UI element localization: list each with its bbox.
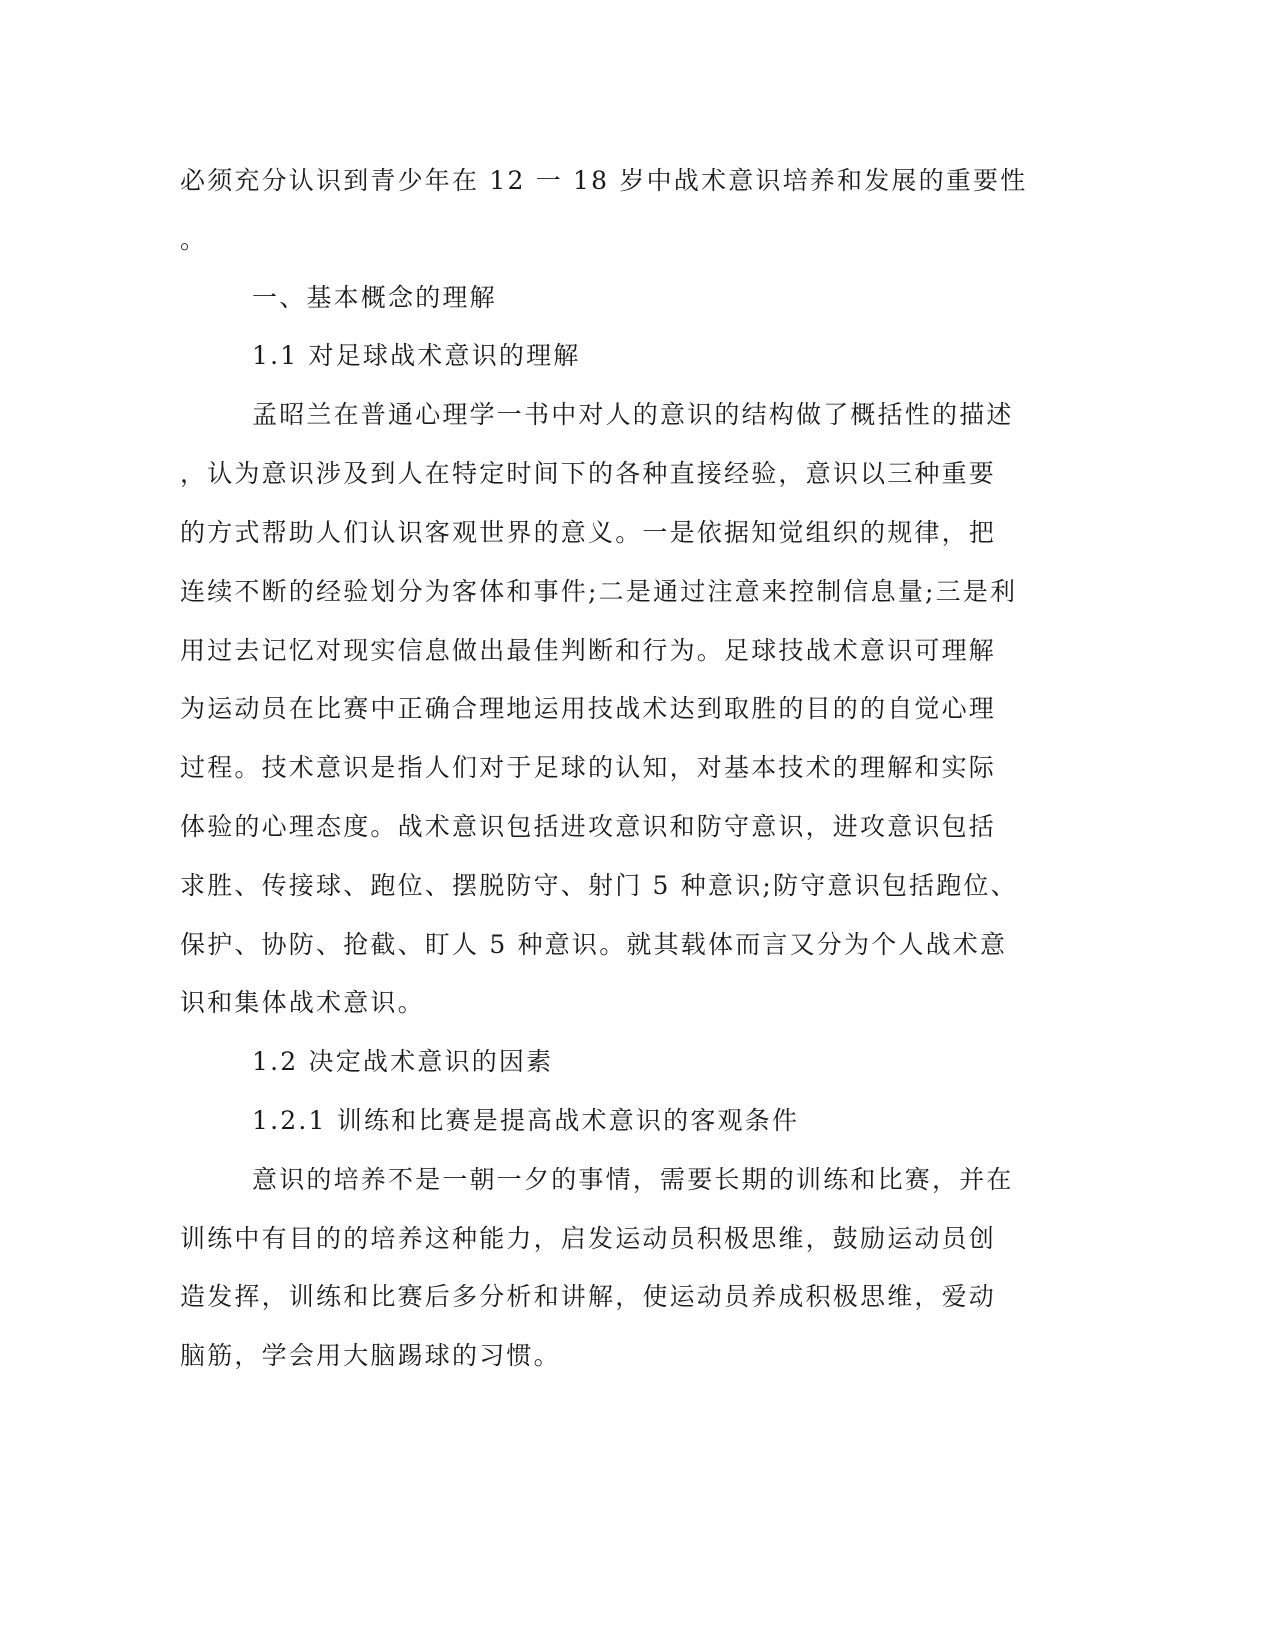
document-page: 必须充分认识到青少年在 12 一 18 岁中战术意识培养和发展的重要性 。 一、… <box>0 0 1275 1650</box>
subsection-heading: 1.2 决定战术意识的因素 <box>252 1047 553 1077</box>
paragraph-line: 。 <box>180 225 207 255</box>
subsection-heading: 1.1 对足球战术意识的理解 <box>252 341 581 371</box>
paragraph-line: 的方式帮助人们认识客观世界的意义。一是依据知觉组织的规律，把 <box>180 518 996 548</box>
paragraph-line: 识和集体战术意识。 <box>180 988 425 1018</box>
paragraph-line: 用过去记忆对现实信息做出最佳判断和行为。足球技战术意识可理解 <box>180 636 996 666</box>
paragraph-line: 意识的培养不是一朝一夕的事情，需要长期的训练和比赛，并在 <box>252 1165 1014 1195</box>
paragraph-line: 保护、协防、抢截、盯人 5 种意识。就其载体而言又分为个人战术意 <box>180 930 1007 960</box>
subsubsection-heading: 1.2.1 训练和比赛是提高战术意识的客观条件 <box>252 1106 799 1136</box>
section-heading: 一、基本概念的理解 <box>252 283 497 313</box>
paragraph-line: 脑筋，学会用大脑踢球的习惯。 <box>180 1341 561 1371</box>
paragraph-line: 过程。技术意识是指人们对于足球的认知，对基本技术的理解和实际 <box>180 753 996 783</box>
paragraph-line: 为运动员在比赛中正确合理地运用技战术达到取胜的目的的自觉心理 <box>180 694 996 724</box>
paragraph-line: 造发挥，训练和比赛后多分析和讲解，使运动员养成积极思维，爱动 <box>180 1282 996 1312</box>
paragraph-line: ，认为意识涉及到人在特定时间下的各种直接经验，意识以三种重要 <box>180 459 996 489</box>
paragraph-line: 体验的心理态度。战术意识包括进攻意识和防守意识，进攻意识包括 <box>180 812 996 842</box>
paragraph-line: 连续不断的经验划分为客体和事件;二是通过注意来控制信息量;三是利 <box>180 577 1017 607</box>
paragraph-line: 孟昭兰在普通心理学一书中对人的意识的结构做了概括性的描述 <box>252 400 1014 430</box>
paragraph-line: 求胜、传接球、跑位、摆脱防守、射门 5 种意识;防守意识包括跑位、 <box>180 871 1018 901</box>
paragraph-line: 必须充分认识到青少年在 12 一 18 岁中战术意识培养和发展的重要性 <box>180 166 1027 196</box>
paragraph-line: 训练中有目的的培养这种能力，启发运动员积极思维，鼓励运动员创 <box>180 1224 996 1254</box>
